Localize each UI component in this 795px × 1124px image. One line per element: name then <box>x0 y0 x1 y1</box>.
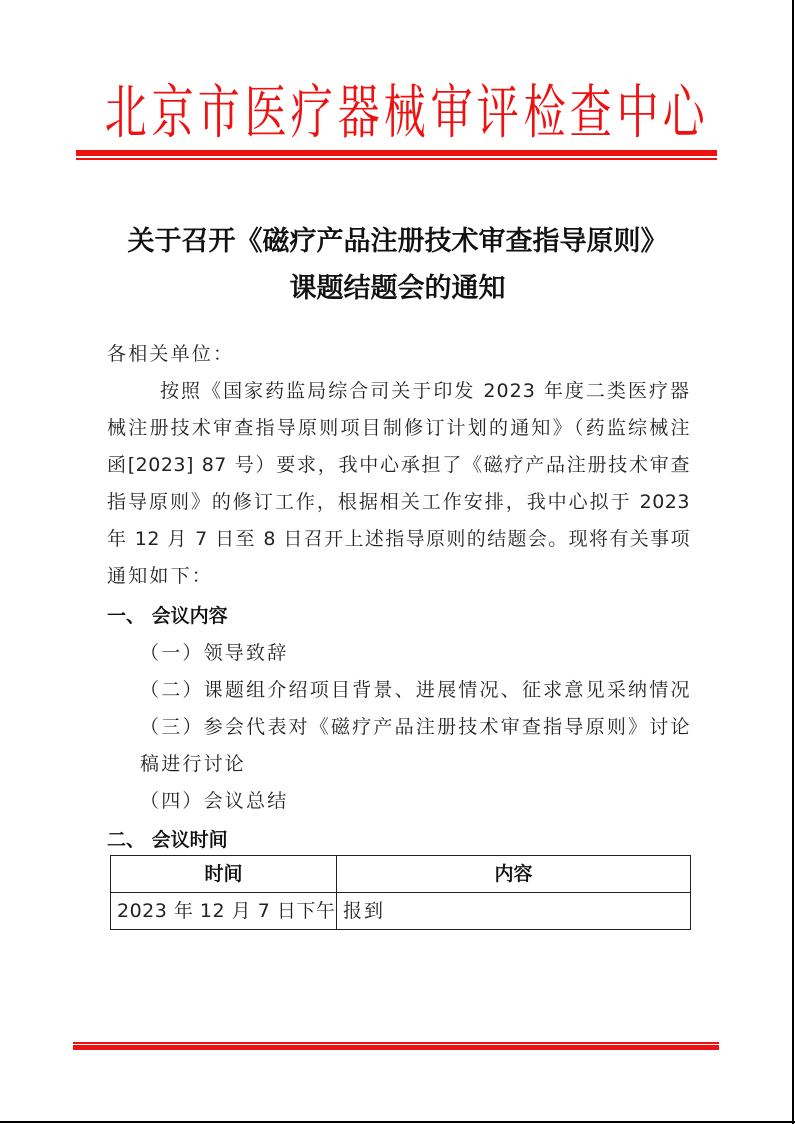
section-heading-meeting-time: 二、 会议时间 <box>107 831 228 850</box>
page-border-right <box>792 0 794 1124</box>
masthead-char: 审 <box>430 84 463 142</box>
body-line-5: 年 12 月 7 日至 8 日召开上述指导原则的结题会。现将有关事项 <box>107 530 690 549</box>
body-line-4: 指导原则》的修订工作，根据相关工作安排，我中心拟于 2023 <box>107 493 690 512</box>
body-line-6: 通知如下： <box>107 567 213 586</box>
table-header-content: 内容 <box>337 856 691 893</box>
masthead-char: 医 <box>244 84 277 142</box>
list-item-2: （二）课题组介绍项目背景、进展情况、征求意见采纳情况 <box>140 681 690 700</box>
body-line-3: 函[2023] 87 号）要求，我中心承担了《磁疗产品注册技术审查 <box>107 456 690 475</box>
body-line-1: 按照《国家药监局综合司关于印发 2023 年度二类医疗器 <box>160 382 690 401</box>
masthead-char: 器 <box>337 84 370 142</box>
section-heading-meeting-content: 一、 会议内容 <box>107 607 228 626</box>
masthead-char: 心 <box>663 84 696 142</box>
table-cell-content: 报到 <box>337 893 691 930</box>
table-header-time: 时间 <box>111 856 337 893</box>
list-item-3: （三）参会代表对《磁疗产品注册技术审查指导原则》讨论 <box>140 718 690 737</box>
masthead-char: 疗 <box>291 84 324 142</box>
list-item-4: （四）会议总结 <box>140 792 288 811</box>
schedule-table: 时间 内容 2023 年 12 月 7 日下午 报到 <box>110 855 691 930</box>
masthead-org-name: 北 京 市 医 疗 器 械 审 评 检 查 中 心 <box>100 78 700 148</box>
header-rule-thick <box>76 150 717 156</box>
footer-rule-thick <box>73 1045 719 1050</box>
masthead-char: 市 <box>198 84 231 142</box>
table-cell-time: 2023 年 12 月 7 日下午 <box>111 893 337 930</box>
page-border-bottom <box>0 1121 795 1123</box>
masthead-char: 中 <box>616 84 649 142</box>
list-item-3-continuation: 稿进行讨论 <box>140 755 246 774</box>
document-title-line-2: 课题结题会的通知 <box>80 275 715 302</box>
masthead-char: 京 <box>151 84 184 142</box>
table-header-row: 时间 内容 <box>111 856 691 893</box>
footer-rule-thin <box>73 1042 719 1044</box>
masthead-char: 查 <box>570 84 603 142</box>
masthead-char: 检 <box>523 84 556 142</box>
masthead-char: 评 <box>477 84 510 142</box>
salutation: 各相关单位： <box>107 345 234 364</box>
header-rule-thin <box>76 158 717 160</box>
masthead-char: 北 <box>105 84 138 142</box>
list-item-1: （一）领导致辞 <box>140 644 288 663</box>
document-title-line-1: 关于召开《磁疗产品注册技术审查指导原则》 <box>80 228 715 255</box>
masthead-char: 械 <box>384 84 417 142</box>
table-row: 2023 年 12 月 7 日下午 报到 <box>111 893 691 930</box>
body-line-2: 械注册技术审查指导原则项目制修订计划的通知》（药监综械注 <box>107 419 690 438</box>
